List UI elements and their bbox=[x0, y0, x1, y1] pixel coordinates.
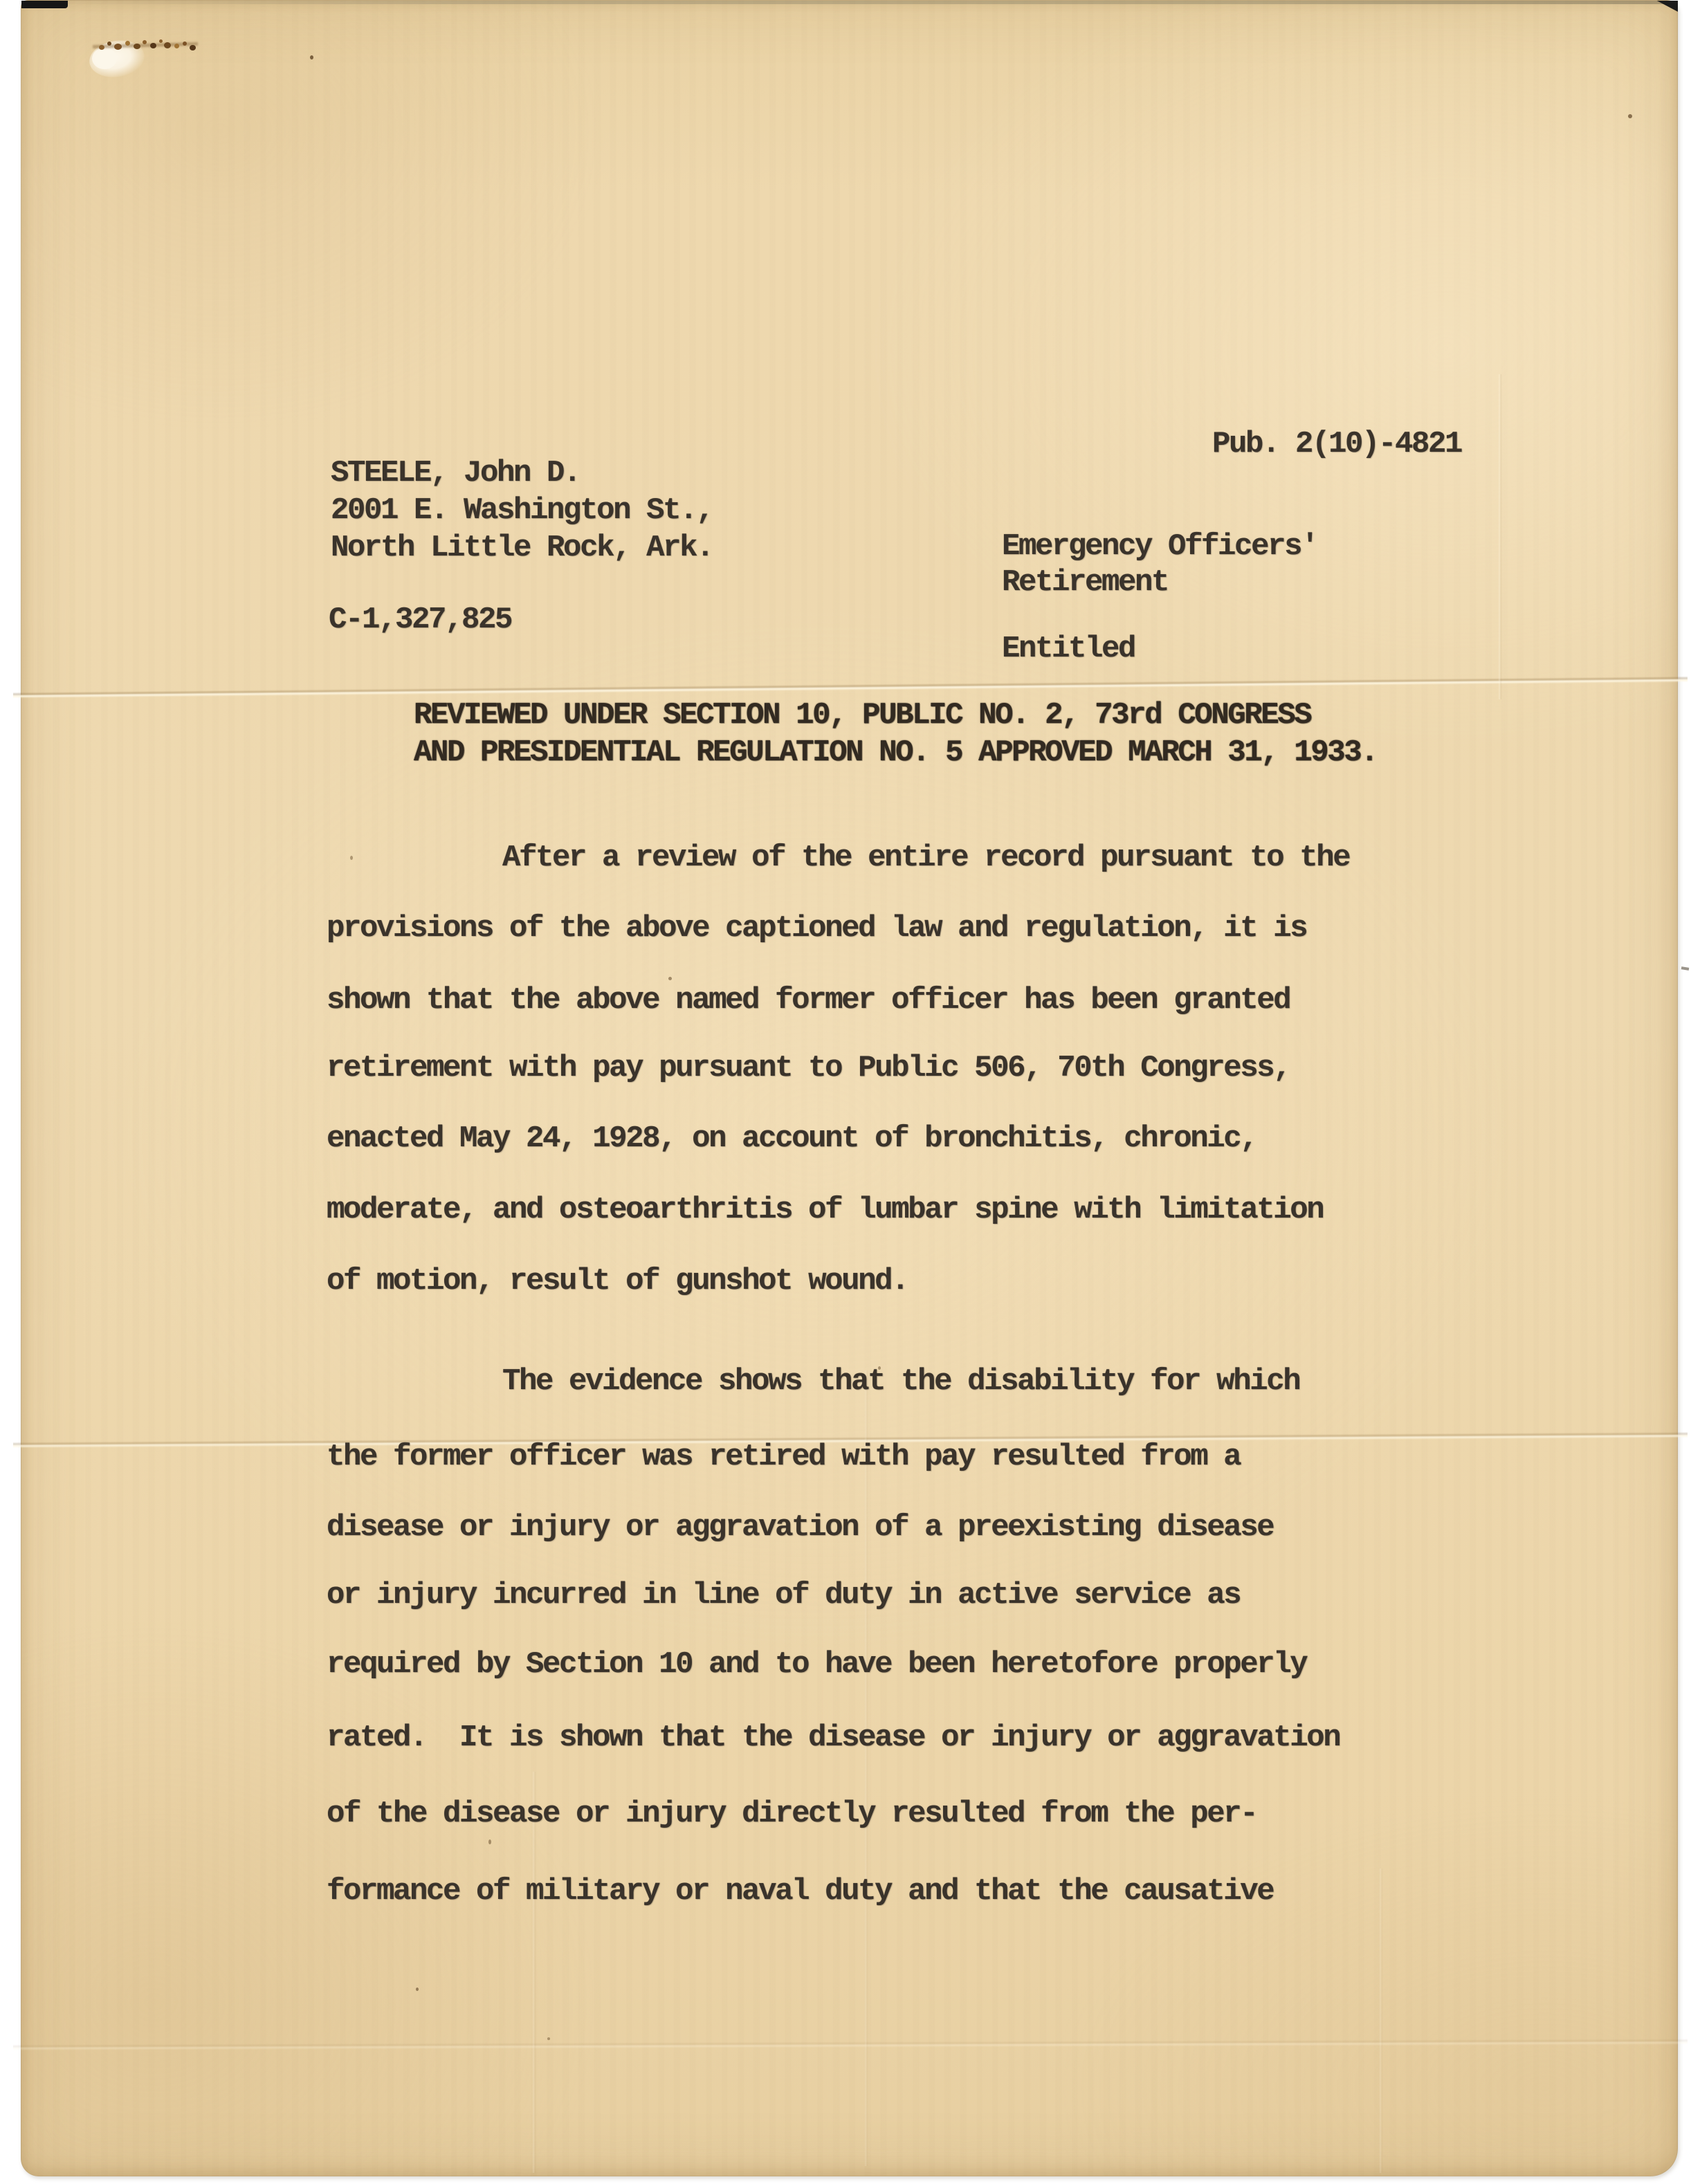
case-file-number: C-1,327,825 bbox=[329, 605, 511, 635]
scanned-document-page: Pub. 2(10)-4821 STEELE, John D. 2001 E. … bbox=[0, 0, 1700, 2184]
body-line: formance of military or naval duty and t… bbox=[327, 1876, 1273, 1907]
review-heading-line2: AND PRESIDENTIAL REGULATION NO. 5 APPROV… bbox=[414, 737, 1377, 768]
subject-line-1: Emergency Officers' bbox=[1002, 531, 1317, 562]
body-line: rated. It is shown that the disease or i… bbox=[327, 1723, 1340, 1753]
body-line: or injury incurred in line of duty in ac… bbox=[327, 1580, 1240, 1611]
body-line: moderate, and osteoarthritis of lumbar s… bbox=[327, 1195, 1323, 1225]
recipient-name: STEELE, John D. bbox=[331, 458, 580, 488]
subject-line-2: Retirement bbox=[1002, 567, 1168, 598]
body-line: shown that the above named former office… bbox=[327, 985, 1290, 1016]
recipient-address-line1: 2001 E. Washington St., bbox=[331, 495, 713, 526]
subject-line-3: Entitled bbox=[1002, 634, 1135, 664]
body-line: disease or injury or aggravation of a pr… bbox=[327, 1512, 1273, 1543]
body-line: provisions of the above captioned law an… bbox=[327, 913, 1306, 944]
body-line: of motion, result of gunshot wound. bbox=[327, 1266, 908, 1296]
pub-number: Pub. 2(10)-4821 bbox=[1212, 429, 1461, 459]
body-line: After a review of the entire record purs… bbox=[502, 843, 1349, 873]
body-line: required by Section 10 and to have been … bbox=[327, 1649, 1306, 1680]
body-line: the former officer was retired with pay … bbox=[327, 1442, 1240, 1472]
body-line: of the disease or injury directly result… bbox=[327, 1799, 1256, 1829]
body-line: enacted May 24, 1928, on account of bron… bbox=[327, 1123, 1256, 1154]
body-line: The evidence shows that the disability f… bbox=[502, 1366, 1299, 1397]
recipient-address-line2: North Little Rock, Ark. bbox=[331, 533, 713, 563]
typewritten-text-layer: Pub. 2(10)-4821 STEELE, John D. 2001 E. … bbox=[0, 0, 1700, 2184]
review-heading-line1: REVIEWED UNDER SECTION 10, PUBLIC NO. 2,… bbox=[414, 700, 1310, 731]
body-line: retirement with pay pursuant to Public 5… bbox=[327, 1053, 1290, 1083]
